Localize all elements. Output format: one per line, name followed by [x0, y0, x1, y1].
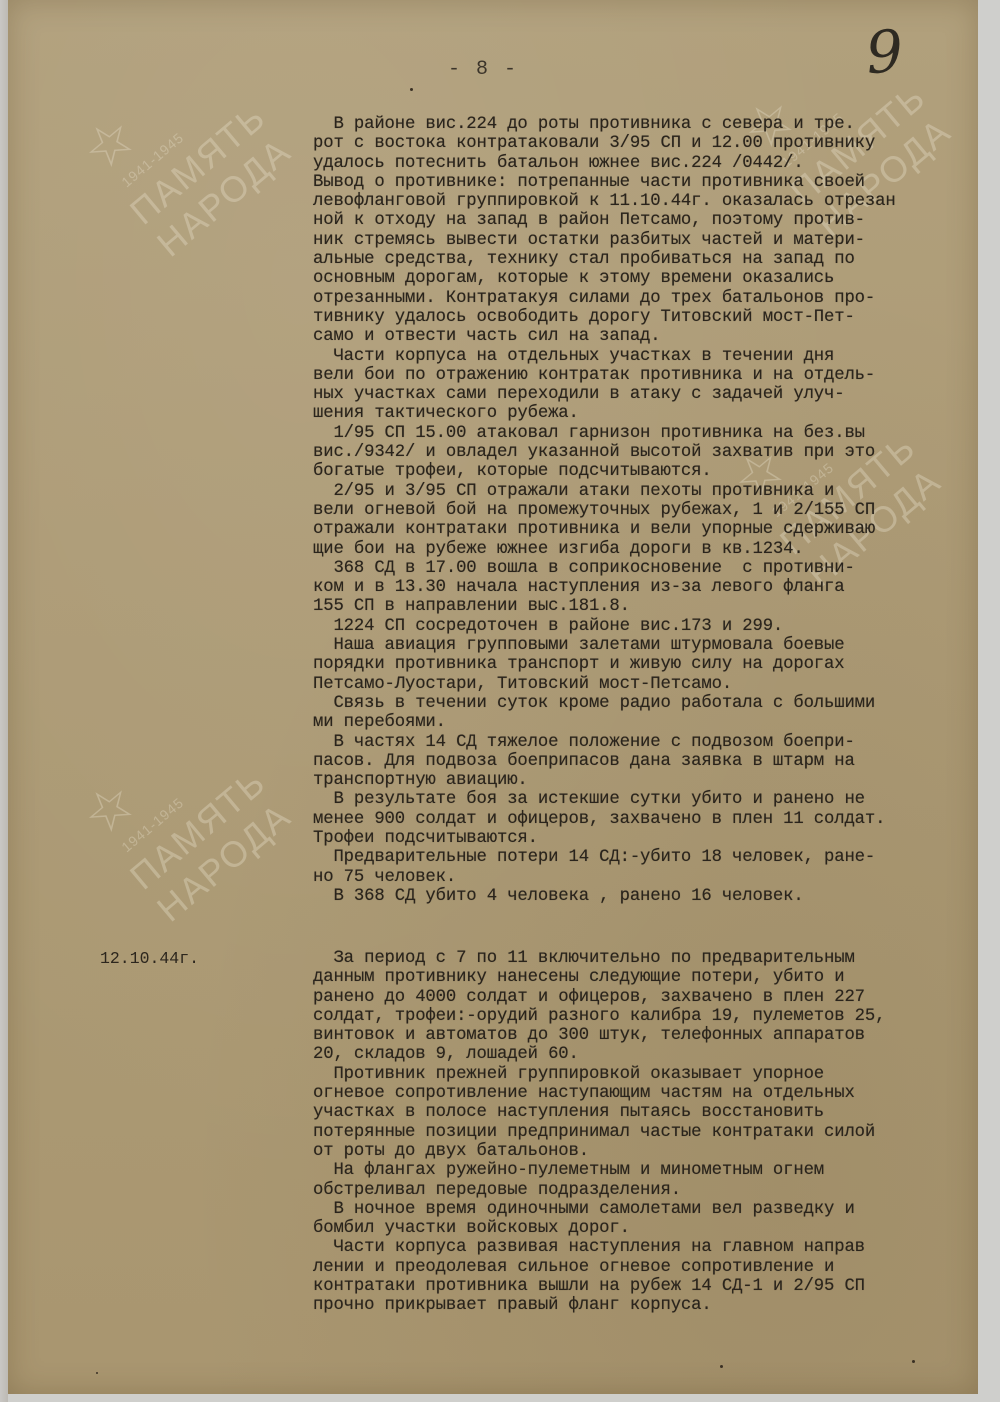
report-section-2: За период с 7 по 11 включительно по пред… [313, 949, 993, 1316]
text-line: менее 900 солдат и офицеров, захвачено в… [313, 810, 993, 829]
text-line: Части корпуса на отдельных участках в те… [313, 347, 993, 366]
paper-speck [410, 88, 413, 91]
text-line: Связь в течении суток кроме радио работа… [313, 694, 993, 713]
text-line: контратаки противника вышли на рубеж 14 … [313, 1277, 993, 1296]
text-line: В 368 СД убито 4 человека , ранено 16 че… [313, 887, 993, 906]
text-line: солдат, трофеи:-орудий разного калибра 1… [313, 1007, 993, 1026]
text-line: 1224 СП сосредоточен в районе вис.173 и … [313, 617, 993, 636]
text-line: За период с 7 по 11 включительно по пред… [313, 949, 993, 968]
text-line: винтовок и автоматов до 300 штук, телефо… [313, 1026, 993, 1045]
report-section-1: В районе вис.224 до роты противника с се… [313, 115, 993, 906]
text-line: прочно прикрывает правый фланг корпуса. [313, 1296, 993, 1315]
page-number: - 8 - [448, 58, 518, 81]
text-line: лении и преодолевая сильное огневое сопр… [313, 1258, 993, 1277]
text-line: но 75 человек. [313, 868, 993, 887]
text-line: левофланговой группировкой к 11.10.44г. … [313, 192, 993, 211]
text-line: ми перебоями. [313, 713, 993, 732]
text-line: тивнику удалось освободить дорогу Титовс… [313, 308, 993, 327]
text-line: от роты до двух батальонов. [313, 1142, 993, 1161]
text-line: вели бои по отражению контратак противни… [313, 366, 993, 385]
text-line: потерянные позиции предпринимал частые к… [313, 1123, 993, 1142]
text-line: ранено до 4000 солдат и офицеров, захвач… [313, 988, 993, 1007]
text-line: щие бои на рубеже южнее изгиба дороги в … [313, 540, 993, 559]
text-line: вели огневой бой на промежуточных рубежа… [313, 501, 993, 520]
text-line: Предварительные потери 14 СД:-убито 18 ч… [313, 848, 993, 867]
text-line: вис./9342/ и овладел указанной высотой з… [313, 443, 993, 462]
paper-speck [96, 1372, 98, 1374]
text-line: удалось потеснить батальон южнее вис.224… [313, 154, 993, 173]
text-line: Наша авиация групповыми залетами штурмов… [313, 636, 993, 655]
text-line: огневое сопротивление наступающим частям… [313, 1084, 993, 1103]
text-line: 2/95 и 3/95 СП отражали атаки пехоты про… [313, 482, 993, 501]
text-line: В районе вис.224 до роты противника с се… [313, 115, 993, 134]
text-line: В ночное время одиночными самолетами вел… [313, 1200, 993, 1219]
paper-speck [912, 1360, 915, 1363]
text-line: ник стремясь вывести остатки разбитых ча… [313, 231, 993, 250]
text-line: Части корпуса развивая наступления на гл… [313, 1238, 993, 1257]
text-line: В результате боя за истекшие сутки убито… [313, 790, 993, 809]
text-line: пасов. Для подвоза боеприпасов дана заяв… [313, 752, 993, 771]
text-line: На флангах ружейно-пулеметным и минометн… [313, 1161, 993, 1180]
scan-edge [0, 0, 8, 1402]
text-line: В частях 14 СД тяжелое положение с подво… [313, 733, 993, 752]
text-line: транспортную авиацию. [313, 771, 993, 790]
margin-date: 12.10.44г. [100, 949, 199, 968]
text-line: 368 СД в 17.00 вошла в соприкосновение с… [313, 559, 993, 578]
archive-sheet-number: 9 [864, 17, 906, 87]
text-line: участках в полосе наступления пытаясь во… [313, 1103, 993, 1122]
text-line: Трофеи подсчитываются. [313, 829, 993, 848]
text-line: само и отвести часть сил на запад. [313, 327, 993, 346]
text-line: обстреливал передовые подразделения. [313, 1181, 993, 1200]
text-line: альные средства, технику стал пробиватьс… [313, 250, 993, 269]
text-line: отрезанными. Контратакуя силами до трех … [313, 289, 993, 308]
text-line: Противник прежней группировкой оказывает… [313, 1065, 993, 1084]
text-line: порядки противника транспорт и живую сил… [313, 655, 993, 674]
text-line: ных участках сами переходили в атаку с з… [313, 385, 993, 404]
text-line: ной к отходу на запад в район Петсамо, п… [313, 211, 993, 230]
text-line: ком и в 13.30 начала наступления из-за л… [313, 578, 993, 597]
text-line: 1/95 СП 15.00 атаковал гарнизон противни… [313, 424, 993, 443]
text-line: отражали контратаки противника и вели уп… [313, 520, 993, 539]
text-line: бомбил участки войсковых дорог. [313, 1219, 993, 1238]
text-line: рот с востока контратаковали 3/95 СП и 1… [313, 134, 993, 153]
text-line: Петсамо-Луостари, Титовский мост-Петсамо… [313, 675, 993, 694]
text-line: основным дорогам, которые к этому времен… [313, 269, 993, 288]
text-line: шения тактического рубежа. [313, 404, 993, 423]
paper-speck [720, 1365, 723, 1368]
text-line: данным противнику нанесены следующие пот… [313, 968, 993, 987]
text-line: Вывод о противнике: потрепанные части пр… [313, 173, 993, 192]
text-line: 155 СП в направлении выс.181.8. [313, 597, 993, 616]
text-line: 20, складов 9, лошадей 60. [313, 1045, 993, 1064]
text-line: богатые трофеи, которые подсчитываются. [313, 462, 993, 481]
